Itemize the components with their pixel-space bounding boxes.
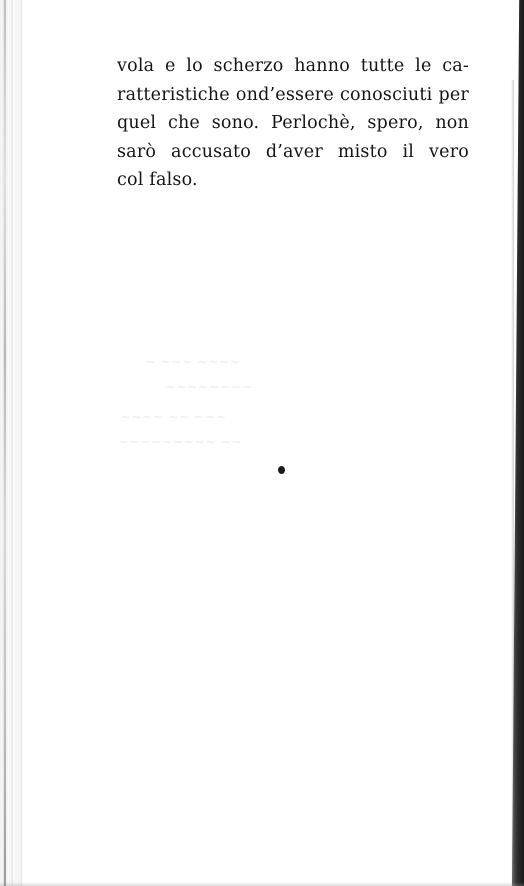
bleed-through-text: ~~~~~~~~	[165, 380, 252, 395]
ink-dot	[278, 466, 285, 474]
body-text: vola e lo scherzo hanno tutte le ca- rat…	[117, 52, 469, 195]
page-bottom-edge	[0, 882, 524, 886]
text-line: sarò accusato d’aver misto il vero	[117, 138, 469, 167]
bleed-through-text: ~~~~~~~~~ ~~	[118, 435, 242, 450]
bleed-through-text: ~~~~ ~~ ~~~	[120, 410, 226, 425]
bleed-through-text: ~ ~~~ ~~~~	[145, 355, 240, 370]
text-line: col falso.	[117, 166, 469, 195]
text-line: quel che sono. Perlochè, spero, non	[117, 109, 469, 138]
scanned-page: ~ ~~~ ~~~~ ~~~~~~~~ ~~~~ ~~ ~~~ ~~~~~~~~…	[0, 0, 524, 886]
text-line: ratteristiche ond’essere conosciuti per	[117, 81, 469, 110]
text-line: vola e lo scherzo hanno tutte le ca-	[117, 52, 469, 81]
binding-shadow	[511, 80, 514, 886]
page-left-edge	[0, 0, 22, 886]
